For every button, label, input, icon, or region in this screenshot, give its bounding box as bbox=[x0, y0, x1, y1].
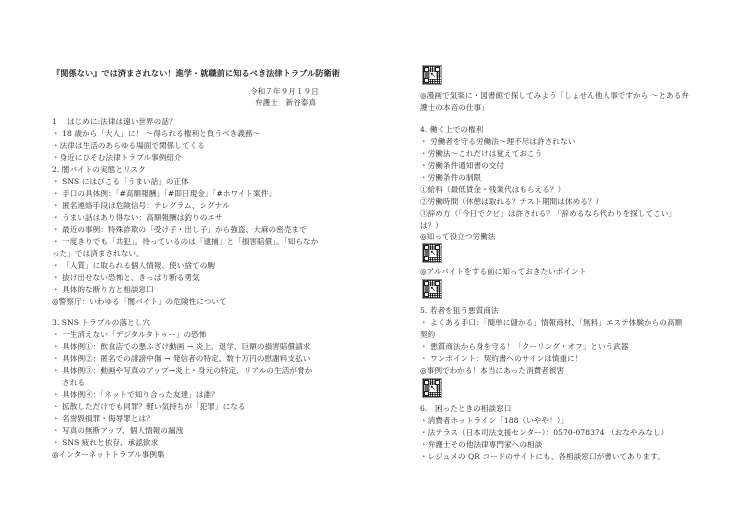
section6-item: ・法テラス（日本司法支援センター）：0570-078374 （おなやみなし） bbox=[420, 428, 668, 438]
section2-heading: 2. 闇バイトの実態とリスク bbox=[52, 165, 146, 175]
qr-code-icon[interactable]: ↖ bbox=[422, 279, 442, 299]
section4-item: ・労働条件の制限 bbox=[420, 173, 481, 183]
section1-heading: 1 はじめに:法律は遠い世界の話？ bbox=[52, 117, 177, 127]
labor-law-link[interactable]: ◎知って役立つ労働法 bbox=[420, 232, 495, 242]
section2-item: ・ うまい話はあり得ない：高額報酬は釣りのエサ bbox=[52, 213, 223, 223]
qr-code-icon[interactable]: ↖ bbox=[422, 65, 442, 85]
section3-item: ・ 具体例①：飲食店での悪ふざけ動画 → 炎上、退学、巨額の損害賠償請求 bbox=[52, 342, 310, 352]
section6-heading: 6. 困ったときの相談窓口 bbox=[420, 404, 511, 414]
section2-item: ・ SNS にはびこる「うまい話」の正体 bbox=[52, 177, 189, 187]
qr-code-icon[interactable]: ↖ bbox=[422, 243, 442, 263]
part-time-job-link[interactable]: ◎アルバイトをする前に知っておきたいポイント bbox=[420, 267, 586, 277]
section5-item: 契約 bbox=[420, 330, 435, 340]
section4-item: ・ 労働者を守る労働法〜理不尽は許されない bbox=[420, 137, 575, 147]
section2-item: ・ 具体的な断り方と相談窓口 bbox=[52, 285, 154, 295]
section5-heading: 5. 若者を狙う悪質商法 bbox=[420, 306, 499, 316]
qr-code-icon[interactable]: ↖ bbox=[422, 378, 442, 398]
section5-item: ・ 悪質商法から身を守る！「クーリング・オフ」という武器 bbox=[420, 342, 628, 352]
section4-heading: 4. 働く上での権利 bbox=[420, 125, 483, 135]
police-agency-link[interactable]: ◎警察庁：いわゆる「闇バイト」の危険性について bbox=[52, 297, 227, 307]
section3-item: ・ 写真の無断アップ、個人情報の漏洩 bbox=[52, 426, 183, 436]
section3-heading: 3. SNS トラブルの落とし穴 bbox=[52, 318, 150, 328]
document-date: 令和７年９月１９日 bbox=[250, 87, 319, 97]
section4-item: ②労働時間（休憩は取れる？テスト期間は休める？） bbox=[420, 197, 603, 207]
section1-item: ・ 18 歳から「大人」に！ 〜得られる権利と負うべき義務〜 bbox=[52, 129, 260, 139]
left-page: 『関係ない』では済まされない！進学・就職前に知るべき法律トラブル防衛術 令和７年… bbox=[0, 0, 368, 520]
section3-item: ・ 名誉毀損罪・侮辱罪とは？ bbox=[52, 414, 154, 424]
right-page: ↖ ◎漫画で気楽に・図書館で探してみよう「しょせん他人事ですから 〜とある弁 護… bbox=[368, 0, 736, 520]
section4-item: ①給料（最低賃金・残業代はもらえる？） bbox=[420, 185, 565, 195]
section6-item: ・弁護士その他法律専門家への相談 bbox=[420, 440, 542, 450]
section3-item: ・ 一生消えない「デジタルタトゥー」の恐怖 bbox=[52, 330, 206, 340]
internet-trouble-link[interactable]: ◎インターネットトラブル事例集 bbox=[52, 450, 165, 460]
section3-item: ・ 具体例②：匿名での誹謗中傷 → 発信者の特定、数十万円の慰謝料支払い bbox=[52, 354, 310, 364]
section1-item: ・身近にひそむ法律トラブル事例紹介 bbox=[52, 153, 182, 163]
section2-item: ・ 一度きりでも「共犯」。待っているのは「逮捕」と「損害賠償」。「知らなか bbox=[52, 237, 318, 247]
document-author: 弁護士 新谷泰真 bbox=[255, 98, 316, 108]
section6-item: ・レジュメの QR コードのサイトにも、各相談窓口が書いてあります。 bbox=[420, 452, 665, 462]
section4-item: ・労働法〜これだけは覚えておこう bbox=[420, 149, 542, 159]
manga-link-cont[interactable]: 護士の本音の仕事」 bbox=[420, 103, 489, 113]
section4-item: は？） bbox=[420, 221, 443, 231]
section3-item: ・ 具体例③：動画や写真のアップ→炎上・身元の特定、リアルの生活が脅か bbox=[52, 366, 312, 376]
section3-item: ・ 具体例④：「ネットで知り合った友達」は誰？ bbox=[52, 390, 219, 400]
section2-item: ・ 最近の事例：特殊詐欺の「受け子・出し子」から強盗、大麻の密売まで bbox=[52, 225, 307, 235]
section2-item: ・ 手口の具体例：「#高額報酬」「#即日現金」「#ホワイト案件」 bbox=[52, 189, 276, 199]
section2-item: ・ 抜け出せない恐怖と、きっぱり断る勇気 bbox=[52, 273, 200, 283]
section2-item: ・ 匿名連絡手段は危険信号：テレグラム、シグナル bbox=[52, 201, 230, 211]
manga-link[interactable]: ◎漫画で気楽に・図書館で探してみよう「しょせん他人事ですから 〜とある弁 bbox=[420, 91, 689, 101]
section2-item: った」では済まされない。 bbox=[52, 249, 144, 259]
section5-item: ・ ワンポイント：契約書へのサインは慎重に！ bbox=[420, 354, 582, 364]
section1-item: ・法律は生活のあらゆる場面で関係してくる bbox=[52, 141, 205, 151]
section3-item: ・ SNS 疲れと依存、承認欲求 bbox=[52, 438, 158, 448]
section4-item: ③辞め方（「今日でクビ」は許される？「辞めるなら代わりを探してこい」 bbox=[420, 209, 676, 219]
section3-item: される bbox=[52, 378, 85, 388]
section3-item: ・ 拡散しただけでも同罪？軽い気持ちが「犯罪」になる bbox=[52, 402, 246, 412]
section2-item: ・ 「人質」に取られる個人情報、使い捨ての駒 bbox=[52, 261, 215, 271]
consumer-damage-link[interactable]: ◎事例でわかる！本当にあった消費者被害 bbox=[420, 366, 564, 376]
section6-item: ・消費者ホットライン「188（いやや！）」 bbox=[420, 416, 568, 426]
document-title: 『関係ない』では済まされない！進学・就職前に知るべき法律トラブル防衛術 bbox=[52, 68, 340, 78]
section5-item: ・ よくある手口：「簡単に儲かる」情報商材、「無料」エステ体験からの高額 bbox=[420, 318, 682, 328]
section4-item: ・労働条件通知書の交付 bbox=[420, 161, 504, 171]
